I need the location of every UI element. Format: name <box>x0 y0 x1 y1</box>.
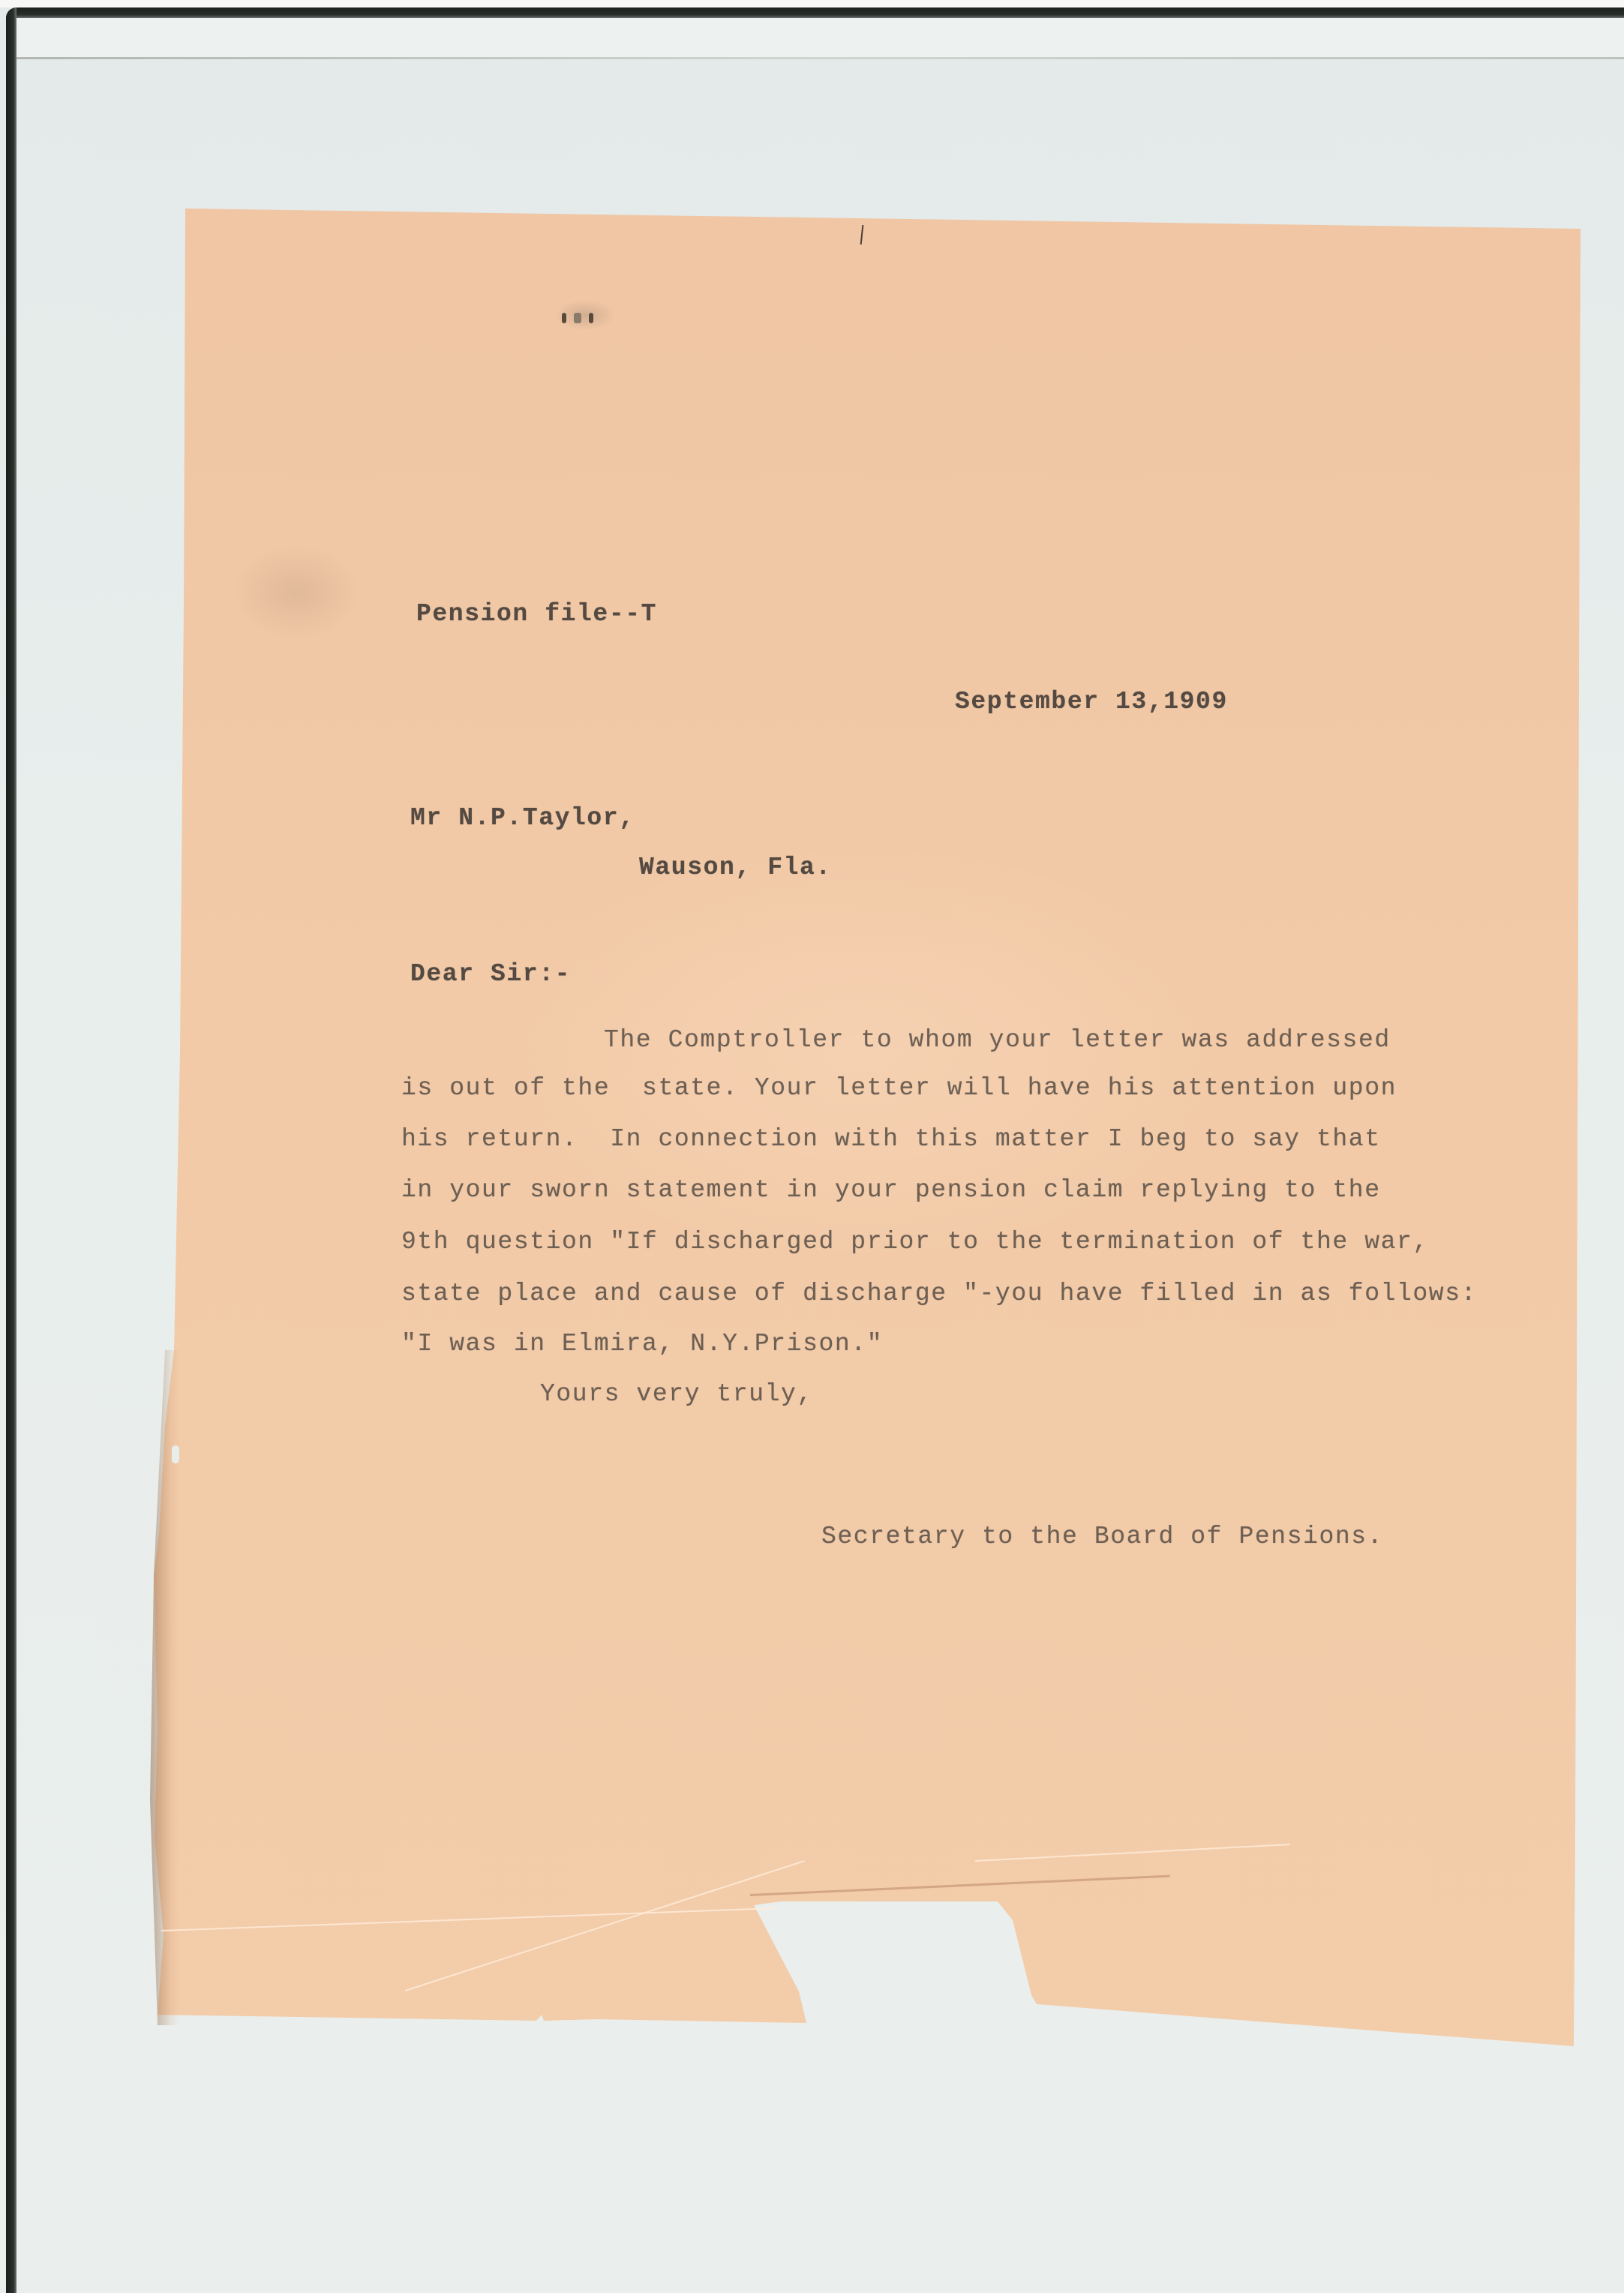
body-line-1: The Comptroller to whom your letter was … <box>604 1026 1391 1054</box>
scanner-top-strip <box>0 0 1624 8</box>
file-reference: Pension file--T <box>416 600 657 628</box>
recipient-name: Mr N.P.Taylor, <box>410 804 635 832</box>
paper-edge-hole <box>172 1445 179 1463</box>
letter-date: September 13,1909 <box>955 688 1228 716</box>
signature-line: Secretary to the Board of Pensions. <box>821 1523 1383 1550</box>
body-line-2: is out of the state. Your letter will ha… <box>401 1074 1397 1102</box>
closing: Yours very truly, <box>540 1380 813 1408</box>
scanner-frame-left <box>6 8 17 2293</box>
salutation: Dear Sir:- <box>410 960 571 988</box>
ink-smudge-marks <box>560 311 596 325</box>
body-line-6: state place and cause of discharge "-you… <box>401 1280 1477 1307</box>
body-line-5: 9th question "If discharged prior to the… <box>401 1228 1429 1256</box>
body-line-7: "I was in Elmira, N.Y.Prison." <box>401 1330 883 1358</box>
scanner-lid-shelf <box>17 18 1624 57</box>
recipient-location: Wauson, Fla. <box>639 854 832 881</box>
scanner-lid-edge <box>17 57 1624 59</box>
body-line-3: his return. In connection with this matt… <box>401 1125 1381 1153</box>
scanner-frame-top <box>6 8 1624 18</box>
body-line-4: in your sworn statement in your pension … <box>401 1176 1381 1204</box>
